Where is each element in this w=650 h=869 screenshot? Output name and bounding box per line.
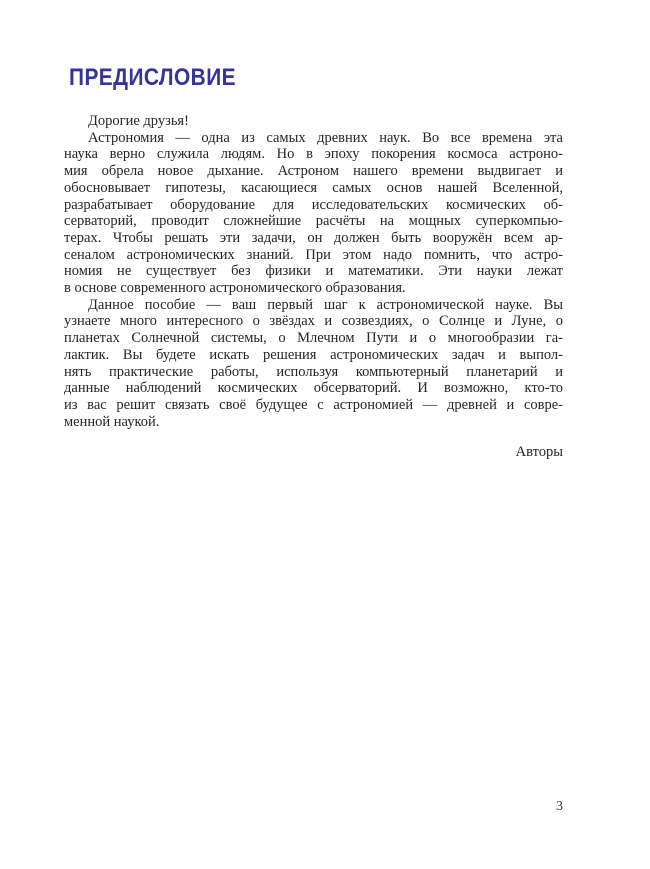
text-line: номия не существует без физики и математ… (64, 263, 563, 280)
text-line: планетах Солнечной системы, о Млечном Пу… (64, 330, 563, 347)
text-line: лактик. Вы будете искать решения астроно… (64, 347, 563, 364)
text-line: серваторий, проводит сложнейшие расчёты … (64, 213, 563, 230)
authors-signature: Авторы (64, 444, 563, 461)
text-line: нять практические работы, используя комп… (64, 364, 563, 381)
text-line: узнаете много интересного о звёздах и со… (64, 313, 563, 330)
text-line: Астрономия — одна из самых древних наук.… (64, 130, 563, 147)
text-line: обосновывает гипотезы, касающиеся самых … (64, 180, 563, 197)
text-line: разрабатывает оборудование для исследова… (64, 197, 563, 214)
text-line: в основе современного астрономического о… (64, 280, 563, 297)
page-number: 3 (0, 799, 563, 815)
text-line: из вас решит связать своё будущее с астр… (64, 397, 563, 414)
text-line: сеналом астрономических знаний. При этом… (64, 247, 563, 264)
text-line: мия обрела новое дыхание. Астроном нашег… (64, 163, 563, 180)
text-line: менной наукой. (64, 414, 563, 431)
preface-heading: ПРЕДИСЛОВИЕ (69, 66, 236, 90)
text-line: наука верно служила людям. Но в эпоху по… (64, 146, 563, 163)
body-text: Дорогие друзья!Астрономия — одна из самы… (64, 113, 563, 461)
text-line: Данное пособие — ваш первый шаг к астрон… (64, 297, 563, 314)
paragraph: Данное пособие — ваш первый шаг к астрон… (64, 297, 563, 431)
book-page: ПРЕДИСЛОВИЕ Дорогие друзья!Астрономия — … (0, 0, 650, 869)
text-line: терах. Чтобы решать эти задачи, он долже… (64, 230, 563, 247)
paragraph: Дорогие друзья! (64, 113, 563, 130)
paragraph: Астрономия — одна из самых древних наук.… (64, 130, 563, 297)
text-line: Дорогие друзья! (64, 113, 563, 130)
text-line: данные наблюдений космических обсерватор… (64, 380, 563, 397)
